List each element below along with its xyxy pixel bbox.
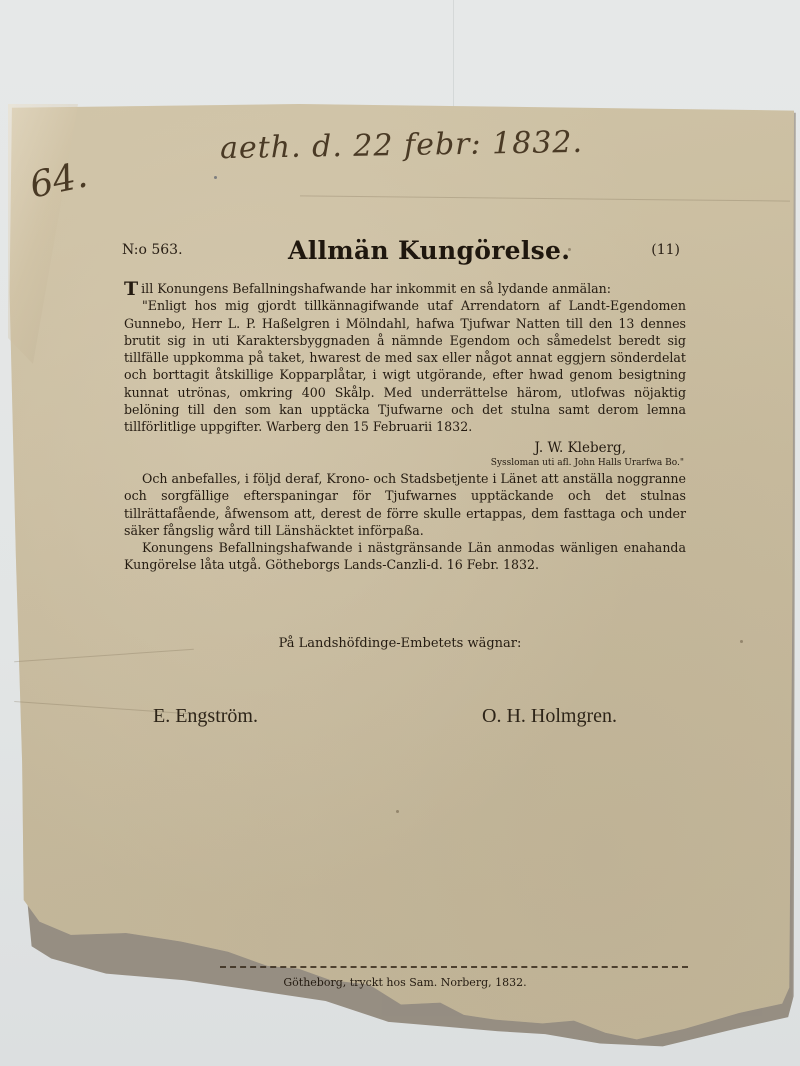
drop-cap: T [124,282,138,297]
handwritten-date-note: aeth. d. 22 febr: 1832. [220,125,584,166]
ink-speck [396,810,399,813]
ink-speck [214,176,217,179]
signatory-right: O. H. Holmgren. [482,705,617,728]
authority-line: På Landshöfdinge-Embetets wägnar: [0,636,800,651]
intro-paragraph: Till Konungens Befallningshafwande har i… [124,280,686,297]
printer-imprint: Götheborg, tryckt hos Sam. Norberg, 1832… [0,976,800,989]
signatory-left: E. Engström. [153,705,258,728]
request-paragraph: Konungens Befallningshafwande i nästgrän… [124,539,686,574]
order-paragraph: Och anbefalles, i följd deraf, Krono- oc… [124,470,686,539]
backdrop-seam [453,0,454,110]
page-reference: (11) [651,242,680,258]
document-header: N:o 563. Allmän Kungörelse. (11) [118,236,688,272]
document-number: N:o 563. [122,242,183,258]
intro-text: ill Konungens Befallningshafwande har in… [141,281,611,296]
proclamation-body: Till Konungens Befallningshafwande har i… [124,280,686,574]
footer-rule [220,966,688,968]
document-title: Allmän Kungörelse. [288,236,570,265]
reporter-signature-title: Syssloman uti afl. John Halls Urarfwa Bo… [124,457,686,470]
report-paragraph: "Enligt hos mig gjordt tillkännagifwande… [124,297,686,435]
reporter-signature-name: J. W. Kleberg, [124,440,686,457]
